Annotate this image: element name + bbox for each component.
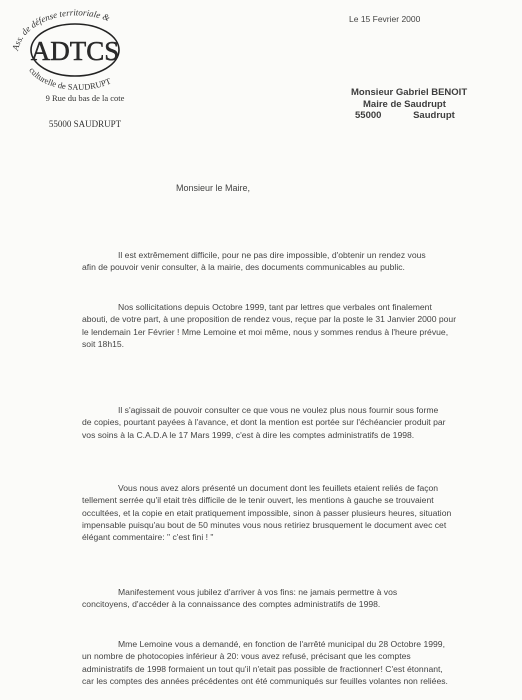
sender-address-street: 9 Rue du bas de la cote [0,93,170,103]
paragraph: Mme Lemoine vous a demandé, en fonction … [82,638,512,687]
paragraph: Vous nous avez alors présenté un documen… [82,482,512,543]
sender-address-city: 55000 SAUDRUPT [0,119,170,129]
association-logo: Ass. de défense territoriale & culturell… [4,2,146,92]
paragraph-line: car les comptes des années précédentes o… [82,675,512,687]
recipient-name: Monsieur Gabriel BENOIT [351,87,467,99]
paragraph-line: le lendemain 1er Février ! Mme Lemoine e… [82,326,512,338]
paragraph-line: Vous nous avez alors présenté un documen… [82,482,512,494]
paragraph-line: un nombre de photocopies inférieur à 20:… [82,650,512,662]
paragraph-line: Manifestement vous jubilez d'arriver à v… [82,586,512,598]
paragraph-line: de copies, pourtant payées à l'avance, e… [82,416,512,428]
recipient-title: Maire de Saudrupt [351,99,467,111]
recipient-postcode-city: 55000 Saudrupt [351,110,467,122]
paragraph-line: soit 18h15. [82,338,512,350]
paragraph-line: occultées, et la copie en etait pratique… [82,507,512,519]
paragraph-line: tellement serrée qu'il etait très diffic… [82,494,512,506]
greeting: Monsieur le Maire, [176,183,250,193]
paragraph-line: vos soins à la C.A.D.A le 17 Mars 1999, … [82,429,512,441]
paragraph-line: administratifs de 1998 formaient un tout… [82,663,512,675]
paragraph: Manifestement vous jubilez d'arriver à v… [82,586,512,611]
paragraph: Il est extrêmement difficile, pour ne pa… [82,249,512,274]
paragraph-line: Il est extrêmement difficile, pour ne pa… [82,249,512,261]
paragraph-line: concitoyens, d'accéder à la connaissance… [82,598,512,610]
svg-text:culturelle de SAUDRUPT: culturelle de SAUDRUPT [27,65,113,92]
paragraph-line: abouti, de votre part, à une proposition… [82,313,512,325]
recipient-block: Monsieur Gabriel BENOIT Maire de Saudrup… [351,87,467,122]
logo-initials: ADTCS [31,36,120,66]
paragraph-line: Nos sollicitations depuis Octobre 1999, … [82,301,512,313]
paragraph-line: Il s'agissait de pouvoir consulter ce qu… [82,404,512,416]
paragraph: Nos sollicitations depuis Octobre 1999, … [82,301,512,350]
paragraph-line: Mme Lemoine vous a demandé, en fonction … [82,638,512,650]
logo-emblem-icon: Ass. de défense territoriale & culturell… [4,2,146,92]
logo-ring-bottom: culturelle de SAUDRUPT [27,65,113,92]
letter-date: Le 15 Fevrier 2000 [349,14,420,24]
paragraph-line: élégant commentaire: " c'est fini ! " [82,531,512,543]
paragraph-line: afin de pouvoir venir consulter, à la ma… [82,261,512,273]
paragraph: Il s'agissait de pouvoir consulter ce qu… [82,404,512,441]
paragraph-line: impensable puisqu'au bout de 50 minutes … [82,519,512,531]
